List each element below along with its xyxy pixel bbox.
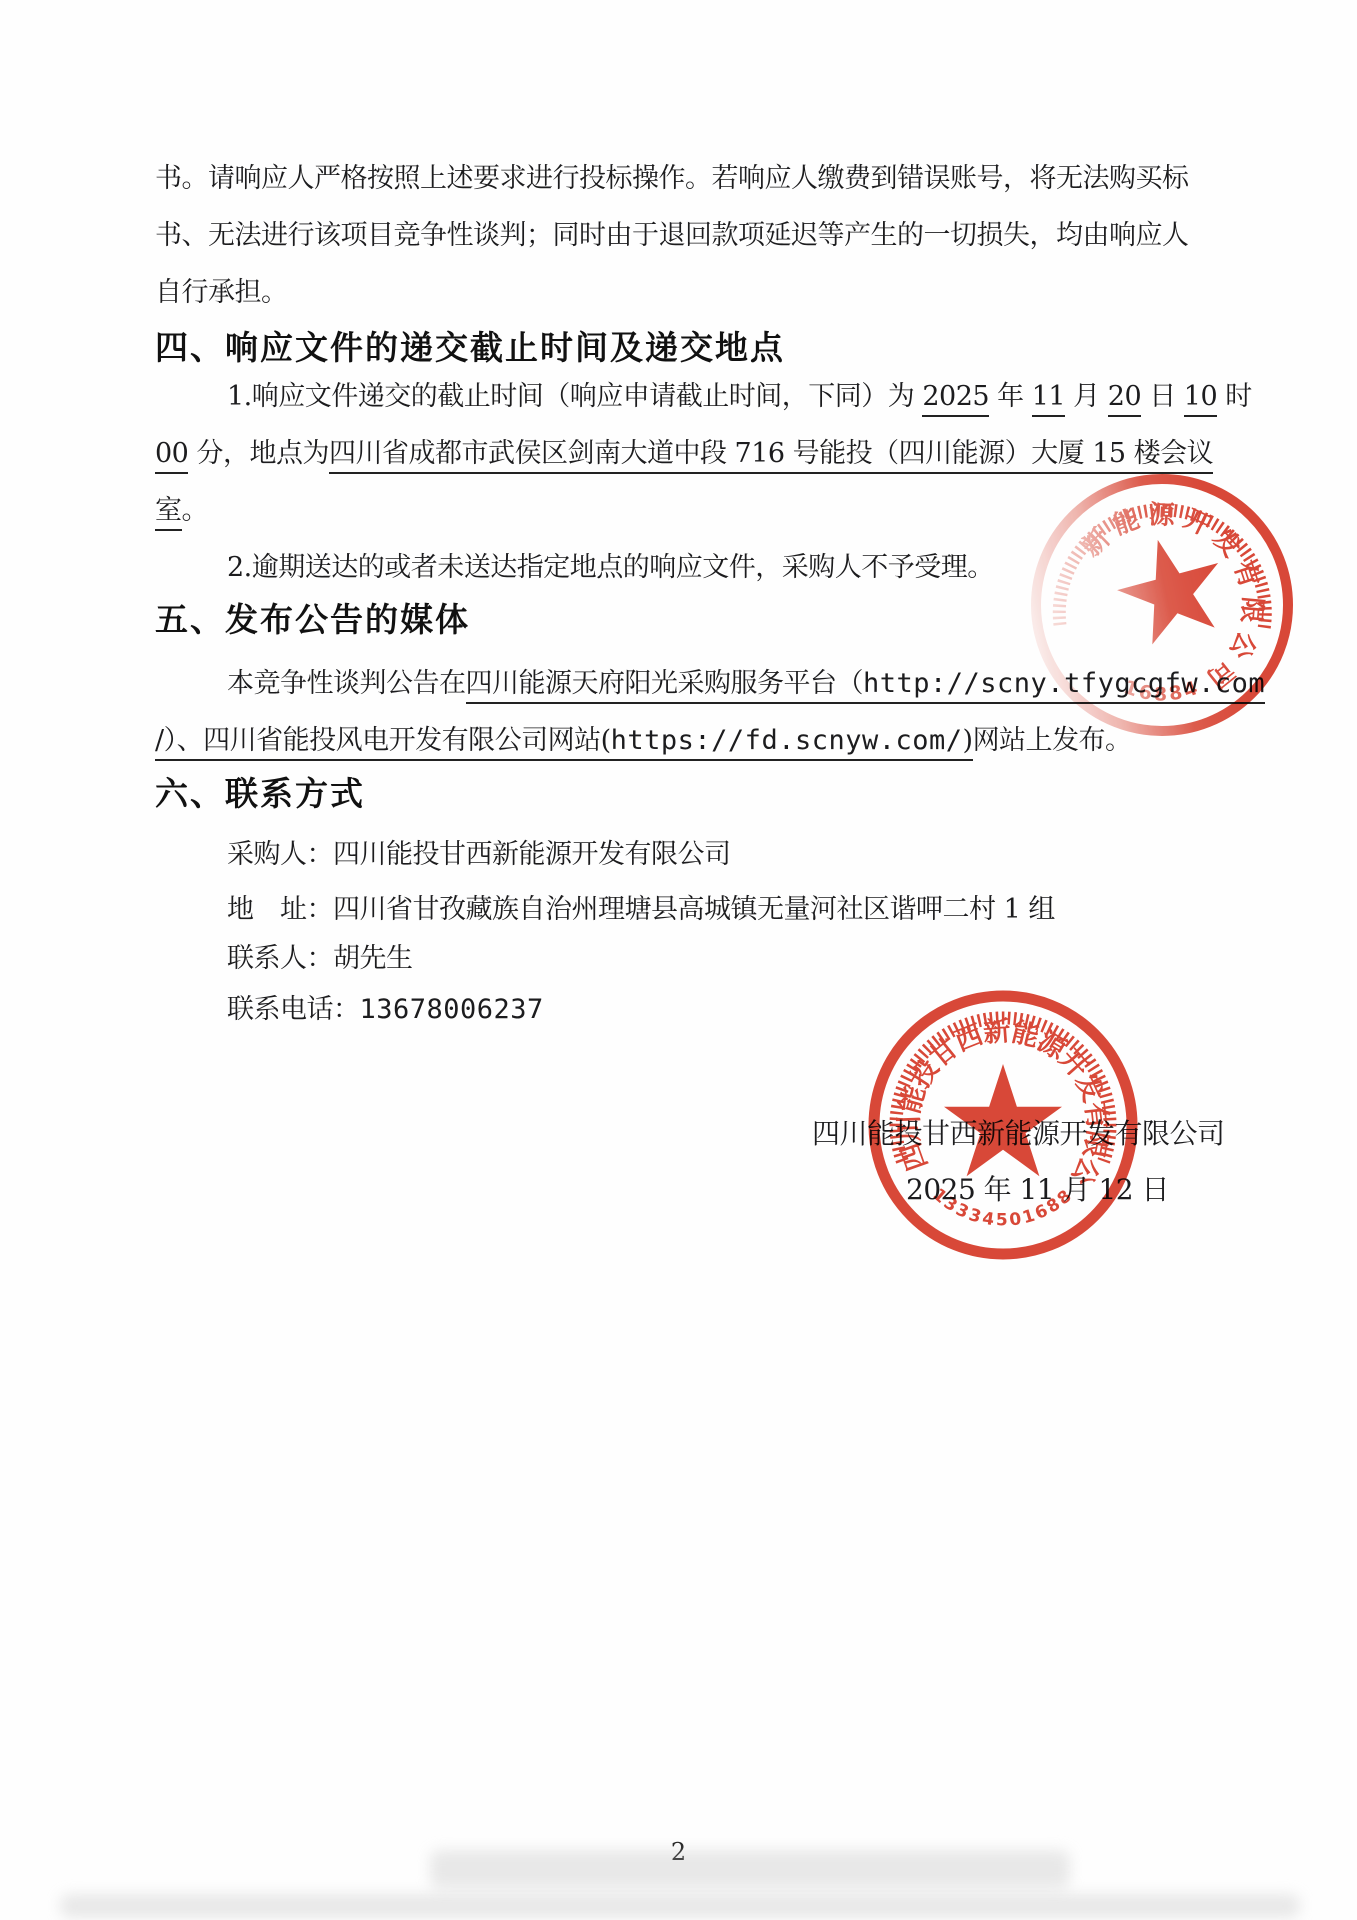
deadline-minute: 00 — [155, 438, 188, 474]
paragraph-line: 自行承担。 — [155, 264, 1250, 321]
deadline-hour: 10 — [1184, 381, 1217, 417]
submission-address-cont: 室 — [155, 495, 182, 531]
deadline-year: 2025 — [922, 381, 989, 417]
scan-artifact — [60, 1894, 1300, 1918]
phone-number: 13678006237 — [360, 994, 544, 1025]
section6-heading: 六、联系方式 — [155, 768, 365, 815]
deadline-month: 11 — [1032, 381, 1065, 417]
deadline-text: 1.响应文件递交的截止时间（响应申请截止时间，下同）为 — [227, 381, 922, 412]
buyer-line: 采购人：四川能投甘西新能源开发有限公司 — [155, 826, 1322, 883]
official-seal-top: 新能源开发有限公司 16884 — [1012, 455, 1312, 755]
seal-code: 16884 — [1121, 676, 1203, 705]
star-icon — [944, 1064, 1062, 1176]
section4-heading: 四、响应文件的递交截止时间及递交地点 — [155, 322, 785, 369]
official-seal-bottom: 四川能投甘西新能源开发有限公司 5133345016884 — [858, 980, 1148, 1270]
website-url: https://fd.scnyw.com/ — [611, 725, 963, 756]
paragraph-line: 书、无法进行该项目竞争性谈判；同时由于退回款项延迟等产生的一切损失，均由响应人 — [155, 207, 1250, 264]
paragraph-line: 书。请响应人严格按照上述要求进行投标操作。若响应人缴费到错误账号，将无法购买标 — [155, 150, 1250, 207]
contact-line: 联系人：胡先生 — [155, 930, 1322, 987]
paragraph-line: 1.响应文件递交的截止时间（响应申请截止时间，下同）为 2025 年 11 月 … — [155, 368, 1322, 425]
document-page: 书。请响应人严格按照上述要求进行投标操作。若响应人缴费到错误账号，将无法购买标 … — [0, 0, 1357, 1920]
section5-heading: 五、发布公告的媒体 — [155, 594, 470, 641]
website-link: /）、四川省能投风电开发有限公司网站(https://fd.scnyw.com/… — [155, 725, 973, 761]
scan-artifact — [430, 1850, 1070, 1888]
svg-text:16884: 16884 — [1121, 676, 1203, 705]
deadline-day: 20 — [1108, 381, 1141, 417]
